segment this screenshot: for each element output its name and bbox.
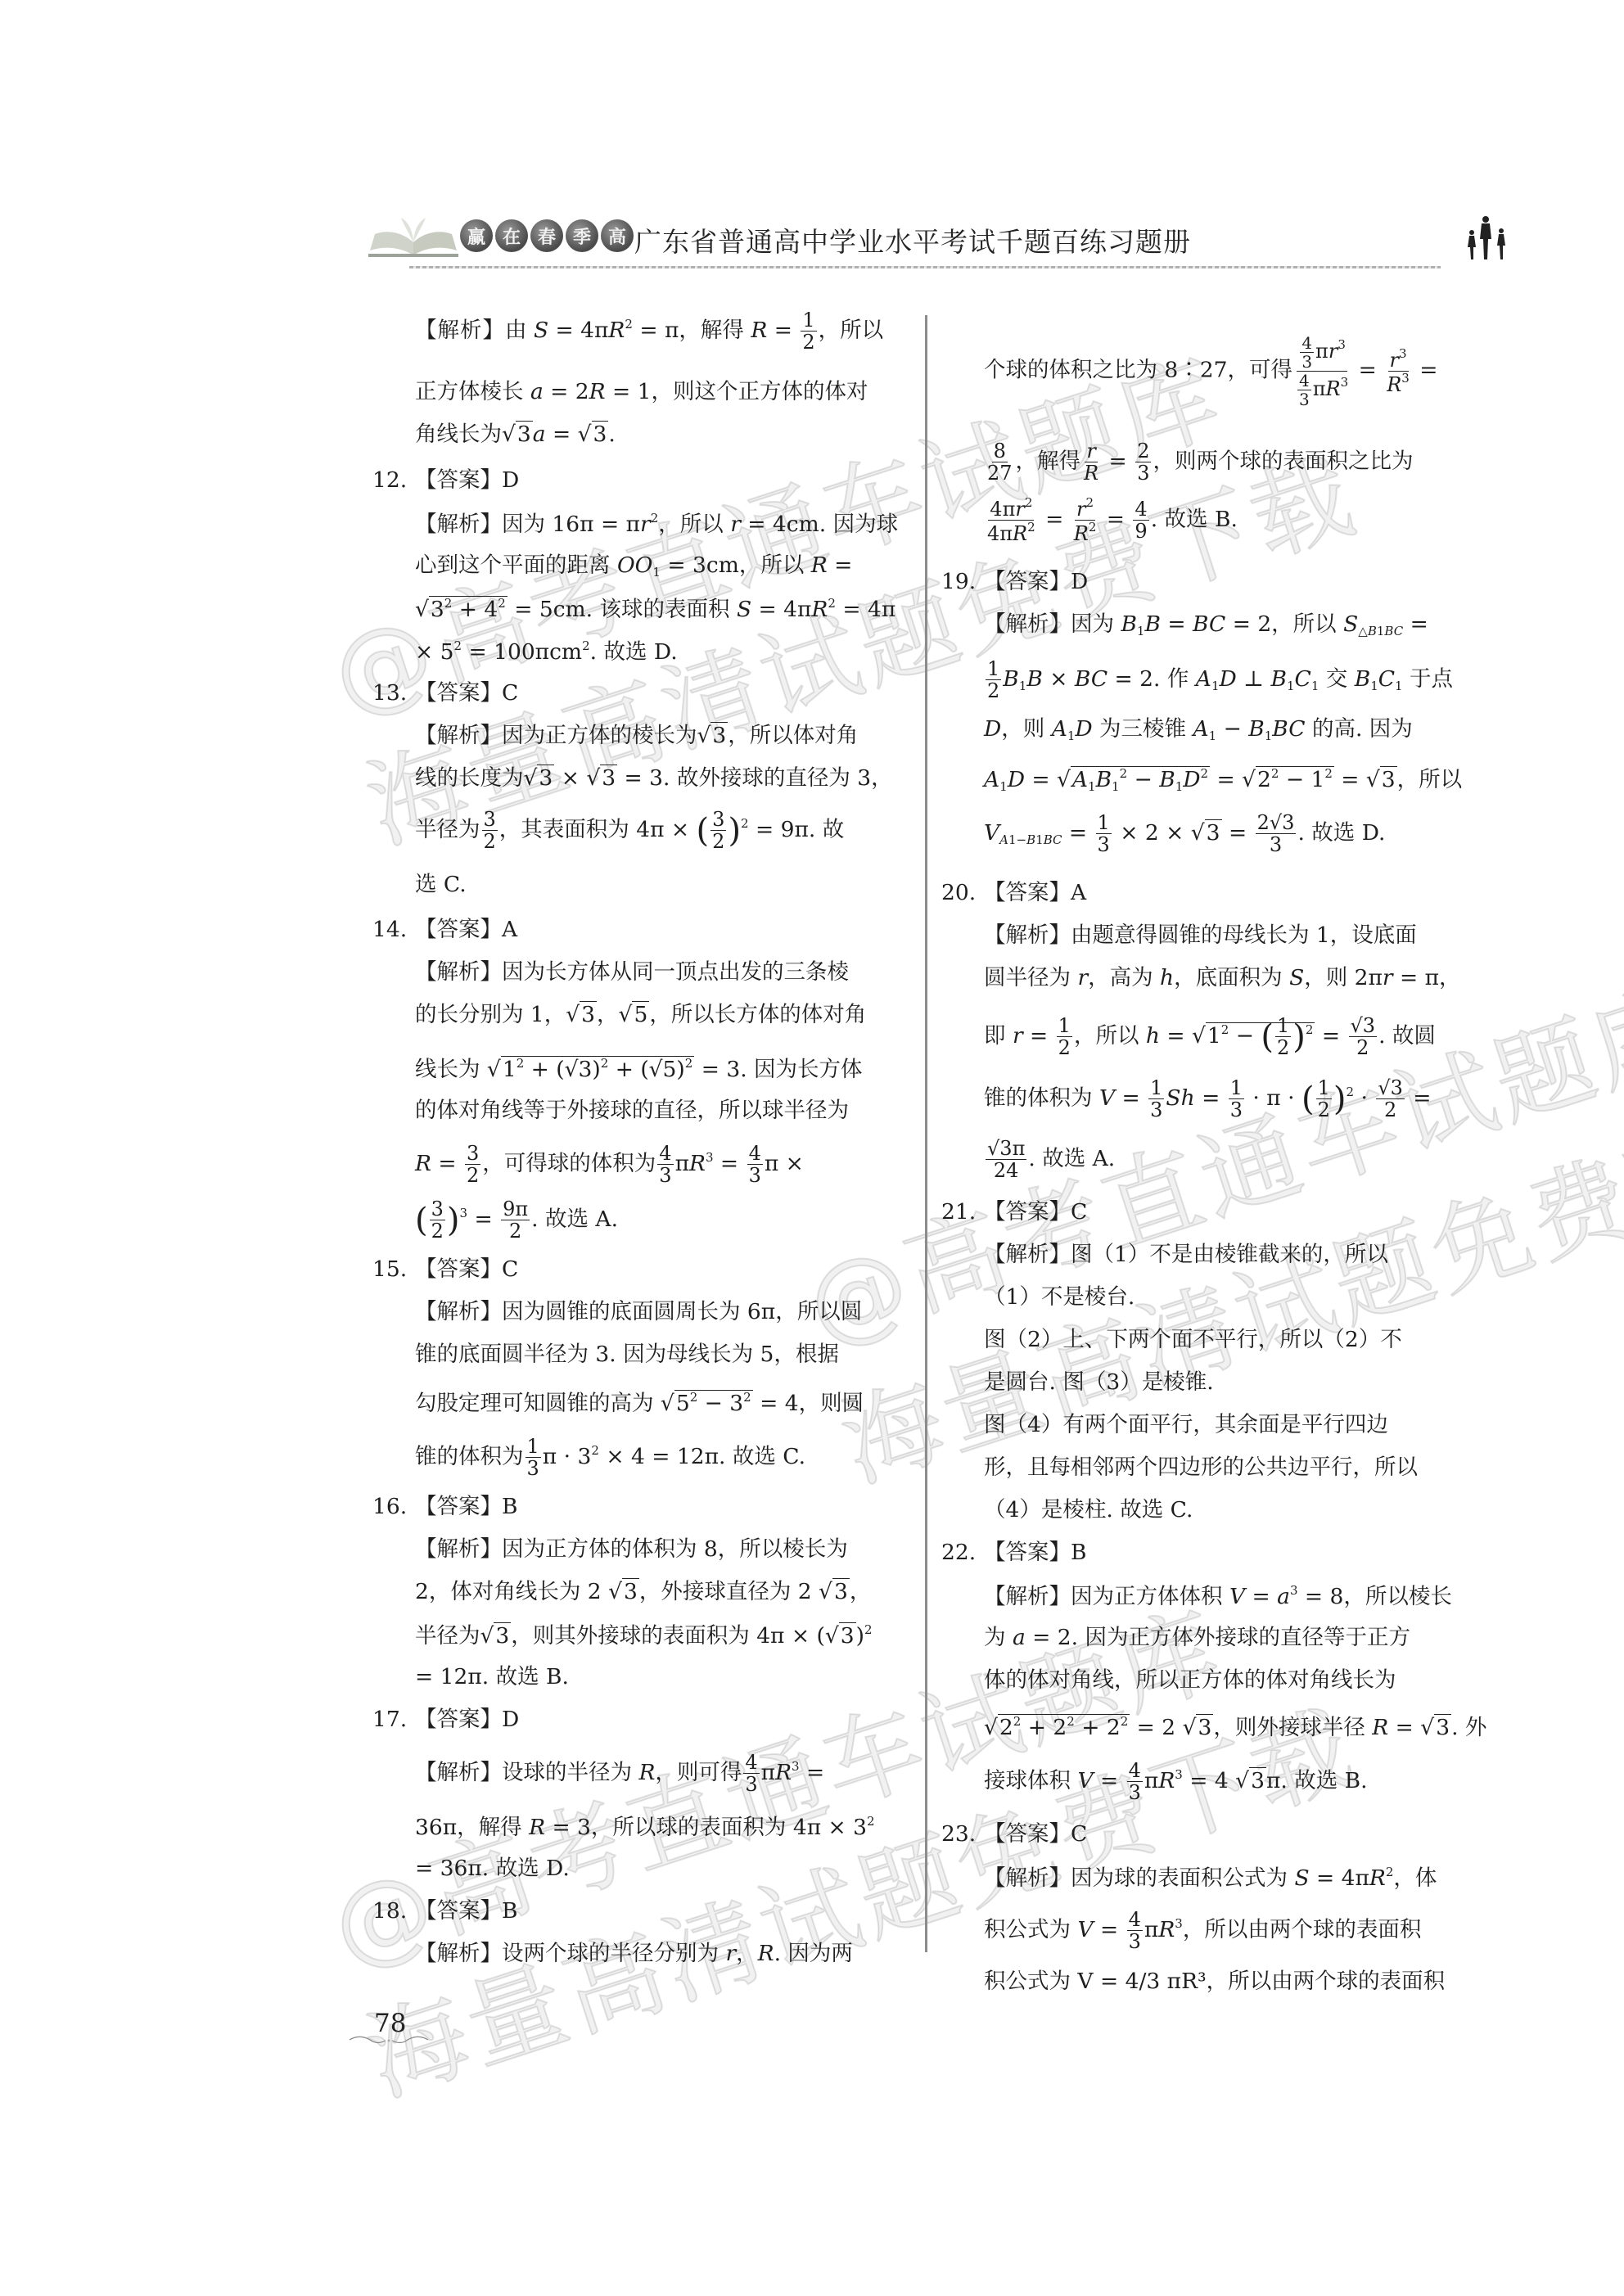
answer-item-14: 14.【答案】A: [372, 919, 517, 941]
text-line: 图（2）上、下两个面不平行，所以（2）不: [941, 1329, 1402, 1351]
text-line: 圆半径为 r，高为 h，底面积为 S，则 2πr = π，: [941, 968, 1461, 990]
text-line: = 12π. 故选 B.: [372, 1667, 569, 1689]
brand-badge: 高: [601, 219, 634, 252]
text-line: 【解析】由题意得圆锥的母线长为 1，设底面: [941, 925, 1417, 947]
brand-badge: 赢: [460, 219, 493, 252]
text-line: 线的长度为√3 × √3 = 3. 故外接球的直径为 3，: [372, 768, 893, 790]
text-line: = 36π. 故选 D.: [372, 1858, 570, 1880]
column-divider: [925, 315, 927, 1952]
text-line: 心到这个平面的距离 OO1 = 3cm，所以 R =: [372, 555, 852, 579]
answer-item-15: 15.【答案】C: [372, 1259, 518, 1281]
text-line: 【解析】设球的半径为 R，则可得43πR3 =: [372, 1752, 824, 1796]
text-line: 2，体对角线长为 2 √3，外接球直径为 2 √3，: [372, 1581, 871, 1604]
answer-item-12: 12.【答案】D: [372, 470, 519, 492]
text-line: 是圆台. 图（3）是棱锥.: [941, 1372, 1214, 1394]
watermark: @高考直通车试题库: [787, 949, 1624, 1369]
text-line: 接球体积 V = 43πR3 = 4 √3π. 故选 B.: [941, 1760, 1368, 1804]
answer-item-18: 18.【答案】B: [372, 1901, 517, 1923]
brand-badges: 赢 在 春 季 高: [460, 219, 634, 252]
answer-item-13: 13.【答案】C: [372, 683, 518, 705]
text-line: 积公式为 V = 4/3 πR³，所以由两个球的表面积: [941, 1971, 1445, 1993]
text-line: （4）是棱柱. 故选 C.: [941, 1500, 1193, 1522]
answer-item-23: 23.【答案】C: [941, 1824, 1087, 1846]
text-line: 个球的体积之比为 8∶27，可得43πr343πR3 = r3R3 =: [941, 334, 1437, 408]
text-line: 【解析】因为圆锥的底面圆周长为 6π，所以圆: [372, 1301, 862, 1324]
text-line: D，则 A1D 为三棱锥 A1 − B1BC 的高. 因为: [941, 719, 1413, 742]
text-line: 形，且每相邻两个四边形的公共边平行，所以: [941, 1457, 1418, 1479]
text-line: 图（4）有两个面平行，其余面是平行四边: [941, 1414, 1388, 1437]
text-line: 【解析】因为正方体的棱长为√3，所以体对角: [372, 725, 858, 747]
text-line: 【解析】因为球的表面积公式为 S = 4πR2，体: [941, 1866, 1437, 1890]
answer-item-16: 16.【答案】B: [372, 1496, 517, 1518]
text-line: √22 + 22 + 22 = 2 √3，则外接球半径 R = √3. 外: [941, 1716, 1486, 1739]
text-line: 勾股定理可知圆锥的高为 √52 − 32 = 4，则圆: [372, 1392, 864, 1415]
text-line: 【解析】图（1）不是由棱锥截来的，所以: [941, 1244, 1388, 1266]
text-line: 的长分别为 1，√3，√5，所以长方体的体对角: [372, 1004, 866, 1026]
text-line: 选 C.: [372, 874, 467, 896]
text-line: 【解析】由 S = 4πR2 = π，解得 R = 12，所以: [372, 309, 883, 354]
page-header: 赢 在 春 季 高 广东省普通高中学业水平考试千题百练习题册: [352, 205, 1514, 278]
text-line: 【解析】设两个球的半径分别为 r，R. 因为两: [372, 1943, 853, 1965]
open-book-logo-icon: [368, 214, 458, 260]
text-line: 即 r = 12，所以 h = √12 − (12)2 = √32. 故圆: [941, 1015, 1436, 1059]
swirl-ornament-icon: [348, 2033, 430, 2045]
book-title: 广东省普通高中学业水平考试千题百练习题册: [634, 221, 1191, 259]
text-line: 半径为√3，则其外接球的表面积为 4π × (√3)2: [372, 1624, 873, 1648]
brand-badge: 在: [495, 219, 528, 252]
answer-item-22: 22.【答案】B: [941, 1542, 1086, 1564]
answer-item-20: 20.【答案】A: [941, 882, 1086, 904]
text-line: （1）不是棱台.: [941, 1287, 1135, 1309]
text-line: 锥的体积为13π · 32 × 4 = 12π. 故选 C.: [372, 1436, 805, 1480]
text-line: 【解析】因为长方体从同一顶点出发的三条棱: [372, 962, 849, 984]
text-line: 体的体对角线，所以正方体的体对角线长为: [941, 1670, 1396, 1692]
text-line: R = 32，可得球的体积为43πR3 = 43π ×: [372, 1143, 804, 1187]
watermark: 海量高清试题免费下载: [822, 1056, 1624, 1509]
text-line: 锥的底面圆半径为 3. 因为母线长为 5，根据: [372, 1344, 839, 1366]
text-line: 为 a = 2. 因为正方体外接球的直径等于正方: [941, 1627, 1410, 1649]
text-line: 12B1B × BC = 2. 作 A1D ⊥ B1C1 交 B1C1 于点: [941, 658, 1453, 702]
text-line: (32)3 = 9π2. 故选 A.: [372, 1198, 618, 1243]
text-line: 【解析】因为正方体体积 V = a3 = 8，所以棱长: [941, 1585, 1452, 1608]
text-line: 【解析】因为 B1B = BC = 2，所以 S△B1BC =: [941, 614, 1428, 638]
text-line: √3π24. 故选 A.: [941, 1138, 1115, 1182]
running-family-icon: [1457, 214, 1514, 264]
text-line: 半径为32，其表面积为 4π × (32)2 = 9π. 故: [372, 809, 844, 853]
text-line: 【解析】因为正方体的体积为 8，所以棱长为: [372, 1539, 848, 1561]
text-line: × 52 = 100πcm2. 故选 D.: [372, 640, 678, 664]
header-divider: [409, 266, 1441, 268]
text-line: 角线长为√3a = √3.: [372, 424, 616, 446]
text-line: 正方体棱长 a = 2R = 1，则这个正方体的体对: [372, 381, 868, 404]
text-line: 36π，解得 R = 3，所以球的表面积为 4π × 32: [372, 1816, 875, 1839]
text-line: √32 + 42 = 5cm. 该球的表面积 S = 4πR2 = 4π: [372, 598, 895, 621]
text-line: 锥的体积为 V = 13Sh = 13 · π · (12)2 · √32 =: [941, 1077, 1432, 1121]
brand-badge: 春: [530, 219, 563, 252]
answer-item-17: 17.【答案】D: [372, 1709, 519, 1731]
text-line: A1D = √A1B12 − B1D2 = √22 − 12 = √3，所以: [941, 768, 1462, 793]
answer-item-21: 21.【答案】C: [941, 1202, 1087, 1224]
text-line: 4πr24πR2 = r2R2 = 49. 故选 B.: [941, 496, 1238, 545]
text-line: 积公式为 V = 43πR3，所以由两个球的表面积: [941, 1909, 1421, 1953]
text-line: 827，解得rR = 23，则两个球的表面积之比为: [941, 440, 1413, 485]
answer-item-19: 19.【答案】D: [941, 571, 1088, 593]
text-line: VA1−B1BC = 13 × 2 × √3 = 2√33. 故选 D.: [941, 812, 1385, 856]
brand-badge: 季: [566, 219, 598, 252]
text-line: 的体对角线等于外接球的直径，所以球半径为: [372, 1100, 849, 1122]
text-line: 【解析】因为 16π = πr2，所以 r = 4cm. 因为球: [372, 512, 898, 536]
text-line: 线长为 √12 + (√3)2 + (√5)2 = 3. 因为长方体: [372, 1058, 863, 1081]
